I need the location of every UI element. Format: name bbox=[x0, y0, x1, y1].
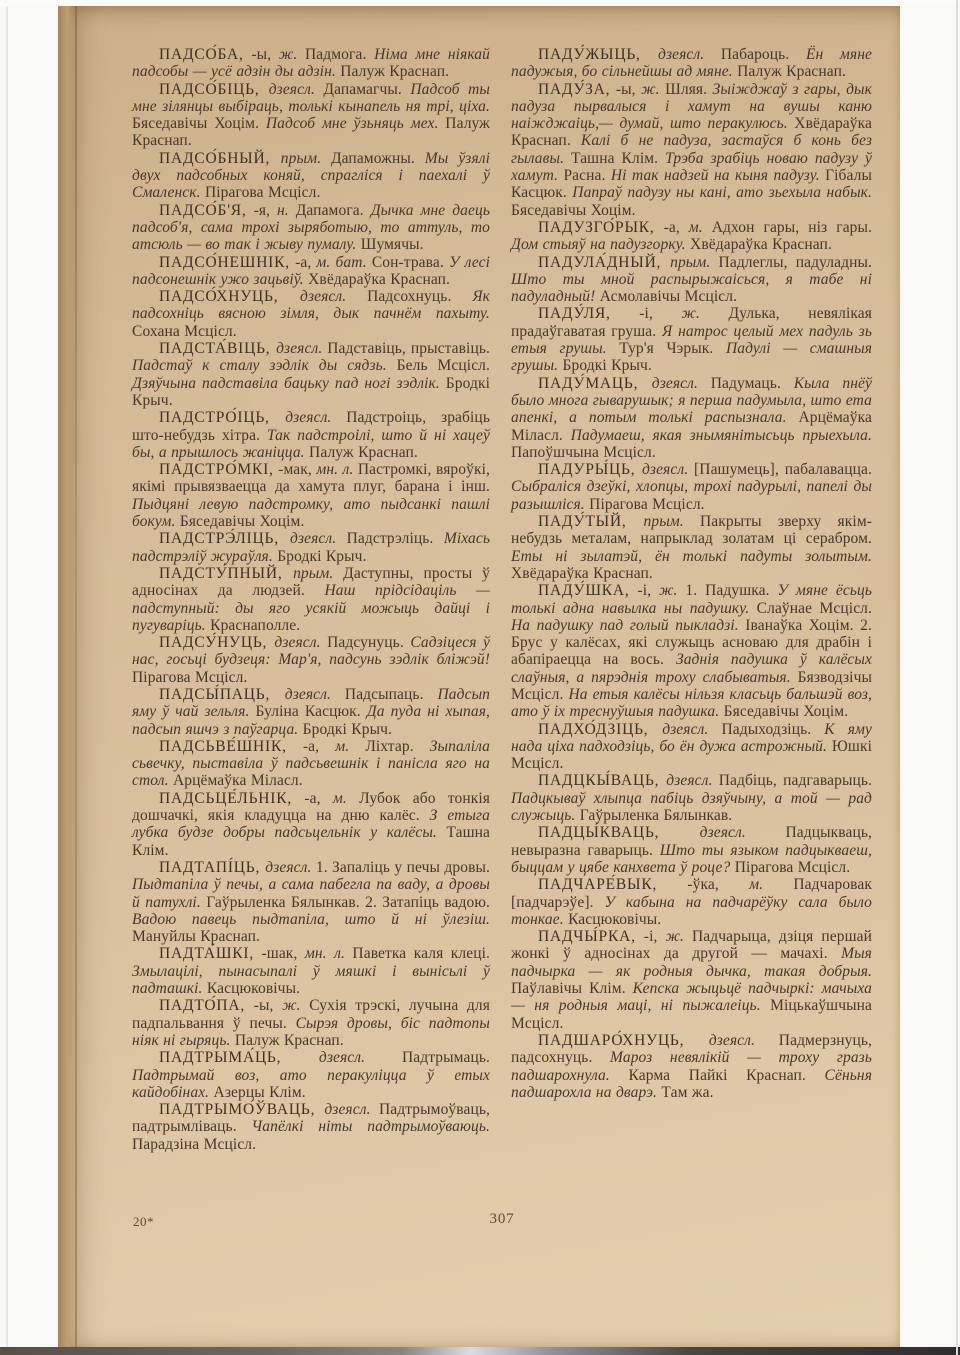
text-column-right: ПАДУ́ЖЫЦЬ, дзеясл. Пабароць. Ён мяне пад… bbox=[511, 46, 872, 1153]
entry-roman-text: [Пашумець], пабалавацца. bbox=[694, 461, 872, 478]
dictionary-entry: ПАДСТУ́ПНЫЙ, прым. Даступны, просты ў ад… bbox=[132, 565, 490, 634]
entry-roman-text: 1. Падушка. bbox=[685, 582, 777, 599]
entry-roman-text: -і, bbox=[611, 305, 682, 322]
entry-roman-text: Асмолавічы Мсцісл. bbox=[600, 288, 737, 305]
entry-headword: ПАДСО́БНЫЙ, bbox=[159, 150, 281, 167]
dictionary-entry: ПАДТАПІ́ЦЬ, дзеясл. 1. Запаліць у печы д… bbox=[132, 859, 490, 945]
entry-roman-text: Дапамагчы. bbox=[323, 81, 410, 98]
entry-italic-text: Падсоб мне ўзьняць мех. bbox=[266, 115, 445, 132]
entry-headword: ПАДСТРО́МКІ, bbox=[159, 461, 274, 478]
dictionary-entry: ПАДСТРО́МКІ, -мак, мн. л. Пастромкі, вяр… bbox=[132, 461, 490, 530]
entry-italic-text: мн. л. bbox=[316, 461, 358, 478]
entry-italic-text: ж. bbox=[665, 928, 692, 945]
page-number: 307 bbox=[132, 1211, 872, 1228]
dictionary-entry: ПАДУРЫ́ЦЬ, дзеясл. [Пашумець], пабалавац… bbox=[511, 461, 872, 513]
entry-headword: ПАДУ́МАЦЬ, bbox=[538, 375, 652, 392]
entry-roman-text: Краснаполле. bbox=[210, 617, 300, 634]
entry-roman-text: Падтрымаць. bbox=[402, 1049, 490, 1066]
entry-italic-text: дзеясл. bbox=[319, 1049, 402, 1066]
entry-roman-text: Сохана Мсцісл. bbox=[132, 323, 237, 340]
dictionary-entry: ПАДШАРО́ХНУЦЬ, дзеясл. Падмерзнуць, падс… bbox=[511, 1032, 872, 1101]
entry-roman-text: Адхон гары, ніз гары. bbox=[712, 219, 872, 236]
entry-headword: ПАДСУ́НУЦЬ, bbox=[159, 634, 274, 651]
entry-italic-text: Вадою павець пыдтапіла, што й ні ўлезіш. bbox=[132, 911, 490, 928]
entry-italic-text: дзеясл. bbox=[265, 859, 316, 876]
entry-roman-text: Азерцы Клім. bbox=[214, 1084, 306, 1101]
entry-italic-text: дзеясл. bbox=[290, 530, 347, 547]
entry-italic-text: дзеясл. bbox=[658, 46, 721, 63]
entry-roman-text: Палуж Краснап. bbox=[340, 63, 449, 80]
entry-roman-text: Пірагова Мсцісл. bbox=[735, 859, 850, 876]
entry-italic-text: прым. bbox=[670, 254, 718, 271]
scan-background: ПАДСО́БА, -ы, ж. Падмога. Німа мне ніяка… bbox=[0, 0, 960, 1355]
entry-roman-text: Хвёдараўка Краснап. bbox=[308, 271, 450, 288]
entry-roman-text: Палуж Краснап. bbox=[309, 444, 418, 461]
dictionary-entry: ПАДСО́ХНУЦЬ, дзеясл. Падсохнуць. Як падс… bbox=[132, 288, 490, 340]
entry-italic-text: Чапёлкі ніты падтрымоўваюць. bbox=[251, 1118, 490, 1135]
dictionary-entry: ПАДСЫ́ПАЦЬ, дзеясл. Падсыпаць. Падсып ям… bbox=[132, 686, 490, 738]
entry-roman-text: -ы, bbox=[245, 997, 282, 1014]
entry-headword: ПАДУЛА́ДНЫЙ, bbox=[538, 254, 670, 271]
entry-roman-text: Падумаць. bbox=[711, 375, 794, 392]
entry-italic-text: дзеясл. bbox=[700, 824, 786, 841]
entry-headword: ПАДХО́ДЗІЦЬ, bbox=[538, 721, 662, 738]
entry-headword: ПАДСО́ХНУЦЬ, bbox=[159, 288, 300, 305]
entry-roman-text: Бяседавічы Хоцім. bbox=[724, 703, 849, 720]
entry-roman-text: Гаўрыленка Бялынкав. bbox=[580, 807, 733, 824]
entry-roman-text: Дапамога. bbox=[296, 202, 371, 219]
entry-headword: ПАДТРЫМО́ЎВАЦЬ, bbox=[159, 1101, 324, 1118]
entry-roman-text: Арцёмаўка Міласл. bbox=[173, 772, 303, 789]
entry-roman-text: -а, bbox=[292, 790, 333, 807]
dictionary-entry: ПАДСЬВЕ́ШНІК, -а, м. Ліхтар. Зыпаліла сь… bbox=[132, 738, 490, 790]
entry-italic-text: ж. bbox=[282, 997, 309, 1014]
entry-roman-text: Падсыпаць. bbox=[345, 686, 438, 703]
entry-roman-text: Падмога. bbox=[305, 46, 374, 63]
entry-roman-text: Дапаможны. bbox=[331, 150, 425, 167]
entry-headword: ПАДУ́ЖЫЦЬ, bbox=[538, 46, 658, 63]
dictionary-entry: ПАДУЛА́ДНЫЙ, прым. Падлеглы, падуладны. … bbox=[511, 254, 872, 306]
entry-headword: ПАДШАРО́ХНУЦЬ, bbox=[538, 1032, 709, 1049]
entry-italic-text: мн. л. bbox=[305, 945, 353, 962]
entry-roman-text: Пірагова Мсцісл. bbox=[132, 669, 247, 686]
dictionary-entry: ПАДХО́ДЗІЦЬ, дзеясл. Падыходзіць. К яму … bbox=[511, 721, 872, 773]
entry-headword: ПАДТРЫМА́ЦЬ, bbox=[159, 1049, 319, 1066]
entry-headword: ПАДТО́ПА, bbox=[159, 997, 245, 1014]
dictionary-entry: ПАДЦЫ́КВАЦЬ, дзеясл. Падцыкваць, невыраз… bbox=[511, 824, 872, 876]
entry-italic-text: м. bbox=[689, 219, 712, 236]
dictionary-entry: ПАДЧЫ́РКА, -і, ж. Падчарыца, дзіця перша… bbox=[511, 928, 872, 1032]
entry-italic-text: Дом стыяў на падузгорку. bbox=[511, 236, 690, 253]
entry-roman-text: Паветка каля клеці. bbox=[352, 945, 490, 962]
entry-roman-text: Бродкі Крыч. bbox=[303, 721, 392, 738]
entry-roman-text: Ліхтар. bbox=[365, 738, 429, 755]
entry-italic-text: м. bbox=[335, 738, 365, 755]
dictionary-entry: ПАДСО́Б'Я, -я, н. Дапамога. Дычка мне да… bbox=[132, 202, 490, 254]
entry-italic-text: ж. bbox=[681, 305, 728, 322]
entry-roman-text: Падыходзіць. bbox=[721, 721, 824, 738]
entry-roman-text: Буліна Касцюк. bbox=[255, 703, 366, 720]
entry-italic-text: дзеясл. bbox=[642, 461, 694, 478]
entry-italic-text: м. bbox=[749, 876, 793, 893]
entry-roman-text: Касцюковічы. bbox=[207, 980, 300, 997]
dictionary-entry: ПАДУ́ШКА, -і, ж. 1. Падушка. У мяне ёсьц… bbox=[511, 582, 872, 720]
entry-roman-text: Парадзіна Мсцісл. bbox=[132, 1136, 256, 1153]
entry-italic-text: прым. bbox=[644, 513, 700, 530]
entry-roman-text: Шумячы. bbox=[361, 236, 424, 253]
entry-roman-text: Бяседавічы Хоцім. bbox=[180, 513, 305, 530]
entry-roman-text: -і, bbox=[630, 582, 659, 599]
entry-roman-text: Пабароць. bbox=[721, 46, 806, 63]
entry-headword: ПАДСЫ́ПАЦЬ, bbox=[159, 686, 285, 703]
entry-italic-text: м. bbox=[333, 790, 359, 807]
entry-roman-text: Бродкі Крыч. bbox=[277, 548, 366, 565]
entry-headword: ПАДСЬВЕ́ШНІК, bbox=[159, 738, 287, 755]
entry-italic-text: На падушку пад голый пыкладзі. bbox=[511, 617, 745, 634]
entry-italic-text: дзеясл. bbox=[300, 288, 367, 305]
entry-roman-text: Бель Мсцісл. bbox=[397, 357, 490, 374]
entry-roman-text: -ўка, bbox=[657, 876, 749, 893]
entry-headword: ПАДСО́НЕШНІК, bbox=[159, 254, 290, 271]
entry-italic-text: ж. bbox=[659, 582, 685, 599]
entry-roman-text: Карма Пайкі Краснап. bbox=[629, 1067, 825, 1084]
entry-roman-text: Падставіць, прыставіць. bbox=[327, 340, 490, 357]
dictionary-entry: ПАДТРЫМА́ЦЬ, дзеясл. Падтрымаць. Падтрым… bbox=[132, 1049, 490, 1101]
entry-roman-text: -я, bbox=[247, 202, 277, 219]
entry-headword: ПАДЧЫ́РКА, bbox=[538, 928, 636, 945]
entry-italic-text: дзеясл. bbox=[662, 721, 721, 738]
entry-italic-text: Падумаеш, якая знымянітысьць прыехыла. bbox=[571, 427, 872, 444]
entry-italic-text: ж. bbox=[641, 81, 665, 98]
entry-headword: ПАДТАПІ́ЦЬ, bbox=[159, 859, 265, 876]
entry-headword: ПАДСТРЭ́ЛІЦЬ, bbox=[159, 530, 290, 547]
entry-italic-text: дзеясл. bbox=[274, 634, 327, 651]
entry-headword: ПАДУ́ЗА, bbox=[538, 81, 610, 98]
entry-roman-text: Бяседавічы Хоцім. bbox=[511, 202, 636, 219]
entry-headword: ПАДЦКЫ́ВАЦЬ, bbox=[538, 772, 666, 789]
entry-headword: ПАДУЗГО́РЫК, bbox=[538, 219, 655, 236]
entry-headword: ПАДУ́ШКА, bbox=[538, 582, 630, 599]
entry-roman-text: -ы, bbox=[610, 81, 641, 98]
entry-headword: ПАДСО́Б'Я, bbox=[159, 202, 247, 219]
entry-roman-text: Гаўрыленка Бялынкав. 2. Затапіць вадою. bbox=[206, 894, 490, 911]
entry-roman-text: Хвёдараўка Краснап. bbox=[511, 565, 653, 582]
entry-italic-text: Падтрымай воз, ато перакуліцца ў етых ка… bbox=[132, 1067, 490, 1101]
page-footer: 20* 307 bbox=[132, 1211, 872, 1233]
entry-italic-text: прым. bbox=[281, 150, 331, 167]
entry-roman-text: Слаўнае Мсцісл. bbox=[757, 600, 872, 617]
entry-roman-text: Падсунуць. bbox=[327, 634, 410, 651]
entry-roman-text: Шляя. bbox=[665, 81, 713, 98]
entry-headword: ПАДЧАРЕ́ВЫК, bbox=[538, 876, 657, 893]
entry-roman-text: -шак, bbox=[254, 945, 305, 962]
dictionary-entry: ПАДУЗГО́РЫК, -а, м. Адхон гары, ніз гары… bbox=[511, 219, 872, 254]
entry-headword: ПАДУ́ТЫЙ, bbox=[538, 513, 644, 530]
entry-italic-text: дзеясл. bbox=[324, 1101, 379, 1118]
entry-italic-text: дзеясл. bbox=[276, 340, 327, 357]
entry-roman-text: Хвёдараўка Краснап. bbox=[690, 236, 832, 253]
entry-headword: ПАДУРЫ́ЦЬ, bbox=[538, 461, 642, 478]
scan-bottom-edge bbox=[0, 1347, 960, 1355]
entry-roman-text: Палуж Краснап. bbox=[737, 63, 846, 80]
entry-italic-text: дзеясл. bbox=[666, 772, 718, 789]
dictionary-entry: ПАДУ́ЗА, -ы, ж. Шляя. Зыіжджаў з гары, д… bbox=[511, 81, 872, 219]
dictionary-entry: ПАДСЬЦЕ́ЛЬНІК, -а, м. Лубок або тонкія д… bbox=[132, 790, 490, 859]
page-binding-crease bbox=[75, 6, 77, 1348]
entry-roman-text: -і, bbox=[636, 928, 666, 945]
entry-roman-text: Паўлавічы Клім. bbox=[511, 980, 633, 997]
page-edge-shadow bbox=[58, 6, 75, 1348]
dictionary-entry: ПАДСУ́НУЦЬ, дзеясл. Падсунуць. Садзіцеся… bbox=[132, 634, 490, 686]
entry-roman-text: -а, bbox=[290, 254, 316, 271]
text-columns: ПАДСО́БА, -ы, ж. Падмога. Німа мне ніяка… bbox=[132, 46, 872, 1153]
entry-italic-text: дзеясл. bbox=[285, 686, 345, 703]
entry-italic-text: м. бат. bbox=[316, 254, 371, 271]
entry-italic-text: дзеясл. bbox=[652, 375, 711, 392]
dictionary-entry: ПАДУ́ТЫЙ, прым. Пакрыты зверху якім-небу… bbox=[511, 513, 872, 582]
dictionary-entry: ПАДУ́ЛЯ, -і, ж. Дулька, невялікая прадаў… bbox=[511, 305, 872, 374]
entry-italic-text: Змылацілі, пынасыпалі ў мяшкі і вынісьлі… bbox=[132, 963, 490, 997]
entry-roman-text: 1. Запаліць у печы дровы. bbox=[316, 859, 490, 876]
entry-headword: ПАДТА́ШКІ, bbox=[159, 945, 254, 962]
entry-roman-text: Сон-трава. bbox=[372, 254, 449, 271]
dictionary-entry: ПАДУ́МАЦЬ, дзеясл. Падумаць. Кыла пнёў б… bbox=[511, 375, 872, 461]
entry-roman-text: Падбіць, падгаварыць. bbox=[719, 772, 872, 789]
dictionary-entry: ПАДУ́ЖЫЦЬ, дзеясл. Пабароць. Ён мяне пад… bbox=[511, 46, 872, 81]
dictionary-entry: ПАДСО́БА, -ы, ж. Падмога. Німа мне ніяка… bbox=[132, 46, 490, 81]
dictionary-entry: ПАДЦКЫ́ВАЦЬ, дзеясл. Падбіць, падгаварыц… bbox=[511, 772, 872, 824]
entry-headword: ПАДСТА́ВІЦЬ, bbox=[159, 340, 276, 357]
entry-roman-text: Папоўшчына Мсцісл. bbox=[511, 444, 656, 461]
entry-roman-text: Ташна Клім. bbox=[571, 150, 665, 167]
dictionary-entry: ПАДЧАРЕ́ВЫК, -ўка, м. Падчаровак [падчар… bbox=[511, 876, 872, 928]
text-column-left: ПАДСО́БА, -ы, ж. Падмога. Німа мне ніяка… bbox=[132, 46, 490, 1153]
entry-roman-text: Пірагова Мсцісл. bbox=[589, 496, 704, 513]
dictionary-page: ПАДСО́БА, -ы, ж. Падмога. Німа мне ніяка… bbox=[58, 6, 900, 1348]
entry-roman-text: Бяседавічы Хоцім. bbox=[132, 115, 266, 132]
entry-italic-text: дзеясл. bbox=[269, 81, 324, 98]
entry-roman-text: Там жа. bbox=[661, 1084, 713, 1101]
entry-italic-text: ж. bbox=[279, 46, 305, 63]
dictionary-entry: ПАДСО́БНЫЙ, прым. Дапаможны. Мы ўзялі дв… bbox=[132, 150, 490, 202]
entry-headword: ПАДСЬЦЕ́ЛЬНІК, bbox=[159, 790, 292, 807]
entry-roman-text: Падсохнуць. bbox=[367, 288, 472, 305]
dictionary-entry: ПАДТО́ПА, -ы, ж. Сухія трэскі, лучына дл… bbox=[132, 997, 490, 1049]
entry-roman-text: Палуж Краснап. bbox=[235, 1032, 344, 1049]
entry-roman-text: -мак, bbox=[274, 461, 317, 478]
entry-headword: ПАДСТРО́ІЦЬ, bbox=[159, 409, 285, 426]
entry-headword: ПАДСО́БІЦЬ, bbox=[159, 81, 269, 98]
entry-italic-text: прым. bbox=[293, 565, 343, 582]
entry-roman-text: -а, bbox=[287, 738, 335, 755]
entry-italic-text: н. bbox=[277, 202, 296, 219]
dictionary-entry: ПАДТРЫМО́ЎВАЦЬ, дзеясл. Падтрымоўваць, п… bbox=[132, 1101, 490, 1153]
entry-italic-text: дзеясл. bbox=[285, 409, 346, 426]
dictionary-entry: ПАДСТРО́ІЦЬ, дзеясл. Падстроіць, зрабіць… bbox=[132, 409, 490, 461]
entry-italic-text: Ні так надзей на кыня падузу. bbox=[611, 167, 825, 184]
entry-roman-text: Бродкі Крыч. bbox=[563, 357, 652, 374]
entry-roman-text: Касцюковічы. bbox=[568, 911, 661, 928]
entry-roman-text: -ы, bbox=[244, 46, 279, 63]
entry-italic-text: Еты ні зылатэй, ён толькі падуты золытым… bbox=[511, 548, 872, 565]
dictionary-entry: ПАДСТРЭ́ЛІЦЬ, дзеясл. Падстрэліць. Міхас… bbox=[132, 530, 490, 565]
dictionary-entry: ПАДСО́БІЦЬ, дзеясл. Дапамагчы. Падсоб ты… bbox=[132, 81, 490, 150]
entry-italic-text: дзеясл. bbox=[709, 1032, 779, 1049]
entry-headword: ПАДУ́ЛЯ, bbox=[538, 305, 611, 322]
entry-italic-text: Папраў падузу ны кані, ато зьехыла набык… bbox=[572, 184, 872, 201]
entry-italic-text: Падстаў к сталу зэдлік ды сядзь. bbox=[132, 357, 397, 374]
entry-italic-text: Дзяўчына падставіла бацьку пад ногі зэдл… bbox=[132, 375, 446, 392]
entry-roman-text: Падлеглы, падуладны. bbox=[719, 254, 872, 271]
entry-headword: ПАДСО́БА, bbox=[159, 46, 244, 63]
dictionary-entry: ПАДТА́ШКІ, -шак, мн. л. Паветка каля кле… bbox=[132, 945, 490, 997]
entry-roman-text: Расна. bbox=[563, 167, 610, 184]
entry-roman-text: -а, bbox=[655, 219, 689, 236]
entry-roman-text: Мануйлы Краснап. bbox=[132, 928, 260, 945]
entry-roman-text: Пірагова Мсцісл. bbox=[205, 184, 320, 201]
dictionary-entry: ПАДСО́НЕШНІК, -а, м. бат. Сон-трава. У л… bbox=[132, 254, 490, 289]
entry-headword: ПАДЦЫ́КВАЦЬ, bbox=[538, 824, 700, 841]
entry-roman-text: Тур'я Чэрык. bbox=[619, 340, 726, 357]
entry-headword: ПАДСТУ́ПНЫЙ, bbox=[159, 565, 293, 582]
entry-roman-text: Падстрэліць. bbox=[347, 530, 444, 547]
dictionary-entry: ПАДСТА́ВІЦЬ, дзеясл. Падставіць, прыстав… bbox=[132, 340, 490, 409]
